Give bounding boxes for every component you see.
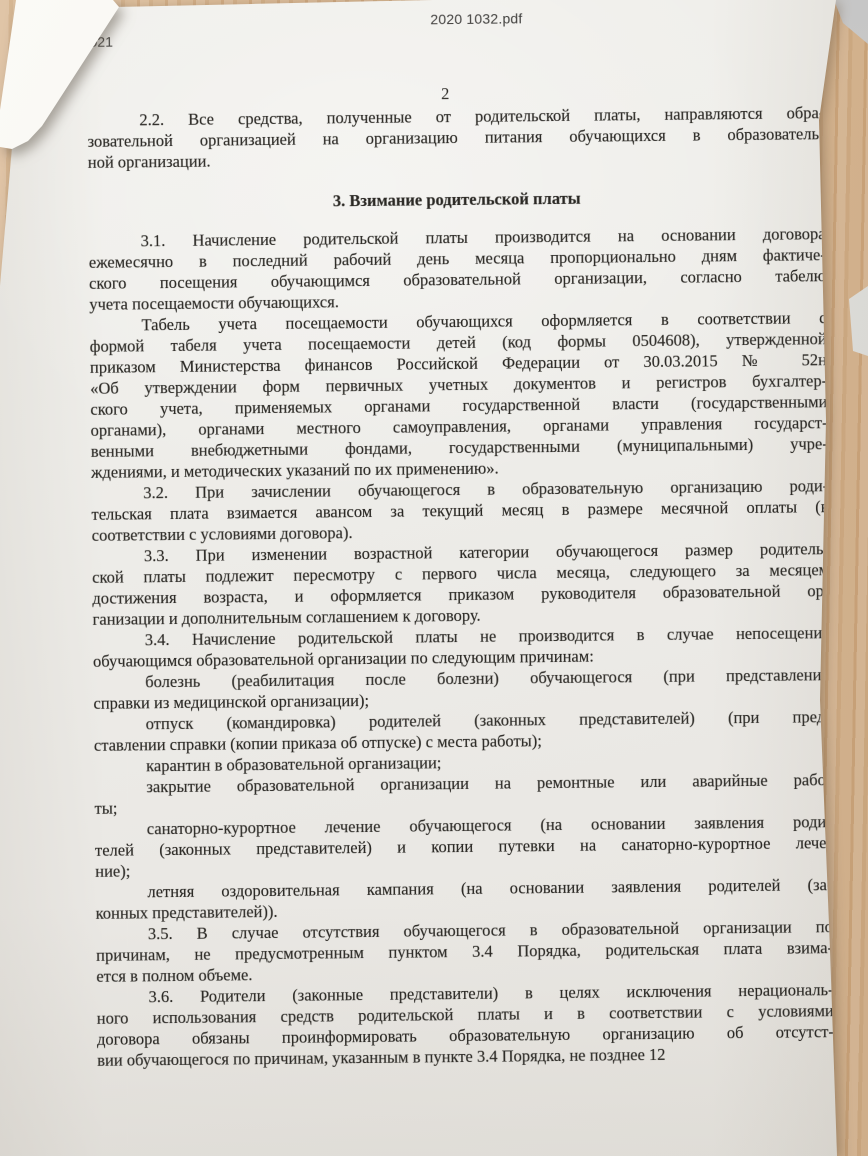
folded-page-corner [0,0,868,1156]
folded-corner-wrap [0,0,868,1156]
photo-scene: 2020 1032.pdf 021 2 2.2. Все средства, п… [0,0,868,1156]
